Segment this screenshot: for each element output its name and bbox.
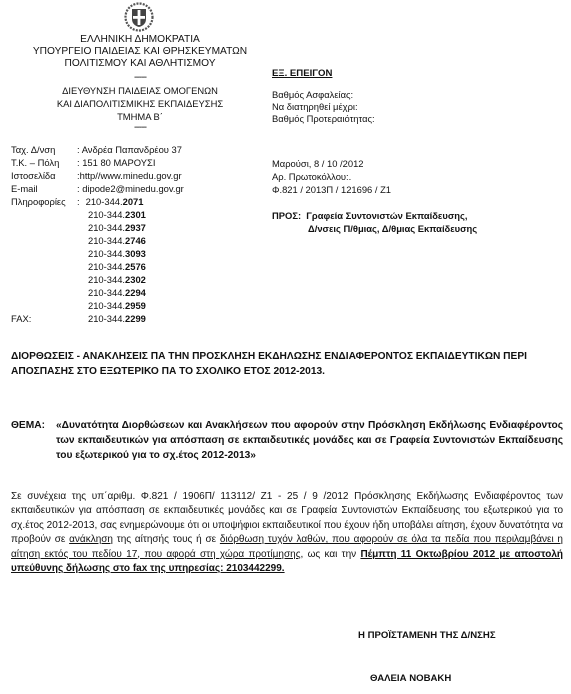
phone-number: 210-344.2746 (77, 234, 146, 247)
directorate-line-1: ΔΙΕΥΘΥΝΣΗ ΠΑΙΔΕΙΑΣ ΟΜΟΓΕΝΩΝ (30, 84, 250, 97)
security-level: Βαθμός Ασφαλείας: (272, 89, 375, 101)
document-title: ΔΙΟΡΘΩΣΕΙΣ - ΑΝΑΚΛΗΣΕΙΣ ΠΑ ΤΗΝ ΠΡΟΣΚΛΗΣΗ… (11, 349, 561, 379)
phone-number: 210-344.3093 (77, 247, 146, 260)
subject-block: ΘΕΜΑ: «Δυνατότητα Διορθώσεων και Ανακλήσ… (11, 418, 563, 463)
recipients-label: ΠΡΟΣ: (272, 210, 301, 221)
phone-number: 210-344.2301 (77, 208, 146, 221)
address-value: : Ανδρέα Παπανδρέου 37 (77, 143, 182, 156)
revocation-term: ανάκληση (69, 534, 113, 545)
urgent-label: ΕΞ. ΕΠΕΙΓΟΝ (272, 68, 332, 79)
phone-number: 210-344.2959 (77, 299, 146, 312)
body-text-3: , ως και την (301, 549, 361, 560)
phone-number: 210-344.2294 (77, 286, 146, 299)
phone-number: 210-344.2937 (77, 221, 146, 234)
postal-value: : 151 80 ΜΑΡΟΥΣΙ (77, 156, 155, 169)
website-link[interactable]: :http//www.minedu.gov.gr (77, 169, 182, 182)
phone-number: 210-344.2071 (80, 195, 144, 208)
recipients-block: ΠΡΟΣ: Γραφεία Συντονιστών Εκπαίδευσης, Δ… (272, 209, 477, 235)
classification-block: Βαθμός Ασφαλείας: Να διατηρηθεί μέχρι: Β… (272, 89, 375, 125)
body-paragraph: Σε συνέχεια της υπ΄αριθμ. Φ.821 / 1906Π/… (11, 490, 563, 576)
website-label: Ιστοσελίδα (11, 169, 77, 182)
address-label: Ταχ. Δ/νση (11, 143, 77, 156)
postal-label: Τ.Κ. – Πόλη (11, 156, 77, 169)
priority-level: Βαθμός Προτεραιότητας: (272, 113, 375, 125)
recipient-line-1: Γραφεία Συντονιστών Εκπαίδευσης, (306, 210, 467, 221)
phone-number: 210-344.2302 (77, 273, 146, 286)
email-link[interactable]: : dipode2@minedu.gov.gr (77, 182, 184, 195)
subject-text: «Δυνατότητα Διορθώσεων και Ανακλήσεων πο… (56, 418, 563, 463)
signatory-name: ΘΑΛΕΙΑ ΝΟΒΑΚΗ (370, 673, 451, 684)
ministry-line-1: ΥΠΟΥΡΓΕΙΟ ΠΑΙΔΕΙΑΣ ΚΑΙ ΘΡΗΣΚΕΥΜΑΤΩΝ (30, 46, 250, 58)
protocol-label: Αρ. Πρωτοκόλλου:. (272, 170, 391, 183)
email-label: E-mail (11, 182, 77, 195)
info-label: Πληροφορίες (11, 195, 77, 208)
fax-number: 210-344.2299 (77, 312, 146, 325)
body-text-2: της αίτησής τους ή σε (113, 534, 220, 545)
reference-block: Μαρούσι, 8 / 10 /2012 Αρ. Πρωτοκόλλου:. … (272, 157, 391, 196)
separator: ----- (30, 123, 250, 135)
contact-details: Ταχ. Δ/νση: Ανδρέα Παπανδρέου 37 Τ.Κ. – … (11, 143, 184, 325)
directorate-line-2: ΚΑΙ ΔΙΑΠΟΛΙΤΙΣΜΙΚΗΣ ΕΚΠΑΙΔΕΥΣΗΣ (30, 97, 250, 110)
signatory-title: Η ΠΡΟΪΣΤΑΜΕΝΗ ΤΗΣ Δ/ΝΣΗΣ (358, 630, 496, 641)
separator: ----- (30, 70, 250, 84)
country-name: ΕΛΛΗΝΙΚΗ ΔΗΜΟΚΡΑΤΙΑ (30, 34, 250, 46)
retain-until: Να διατηρηθεί μέχρι: (272, 101, 375, 113)
greek-coat-of-arms-icon (124, 2, 154, 32)
ministry-line-2: ΠΟΛΙΤΙΣΜΟΥ ΚΑΙ ΑΘΛΗΤΙΣΜΟΥ (30, 58, 250, 70)
fax-label: FAX: (11, 312, 77, 325)
issuing-authority-header: ΕΛΛΗΝΙΚΗ ΔΗΜΟΚΡΑΤΙΑ ΥΠΟΥΡΓΕΙΟ ΠΑΙΔΕΙΑΣ Κ… (30, 34, 250, 135)
recipient-line-2: Δ/νσεις Π/θμιας, Δ/θμιας Εκπαίδευσης (272, 222, 477, 235)
place-date: Μαρούσι, 8 / 10 /2012 (272, 157, 391, 170)
protocol-number: Φ.821 / 2013Π / 121696 / Ζ1 (272, 183, 391, 196)
subject-label: ΘΕΜΑ: (11, 418, 45, 433)
phone-number: 210-344.2576 (77, 260, 146, 273)
